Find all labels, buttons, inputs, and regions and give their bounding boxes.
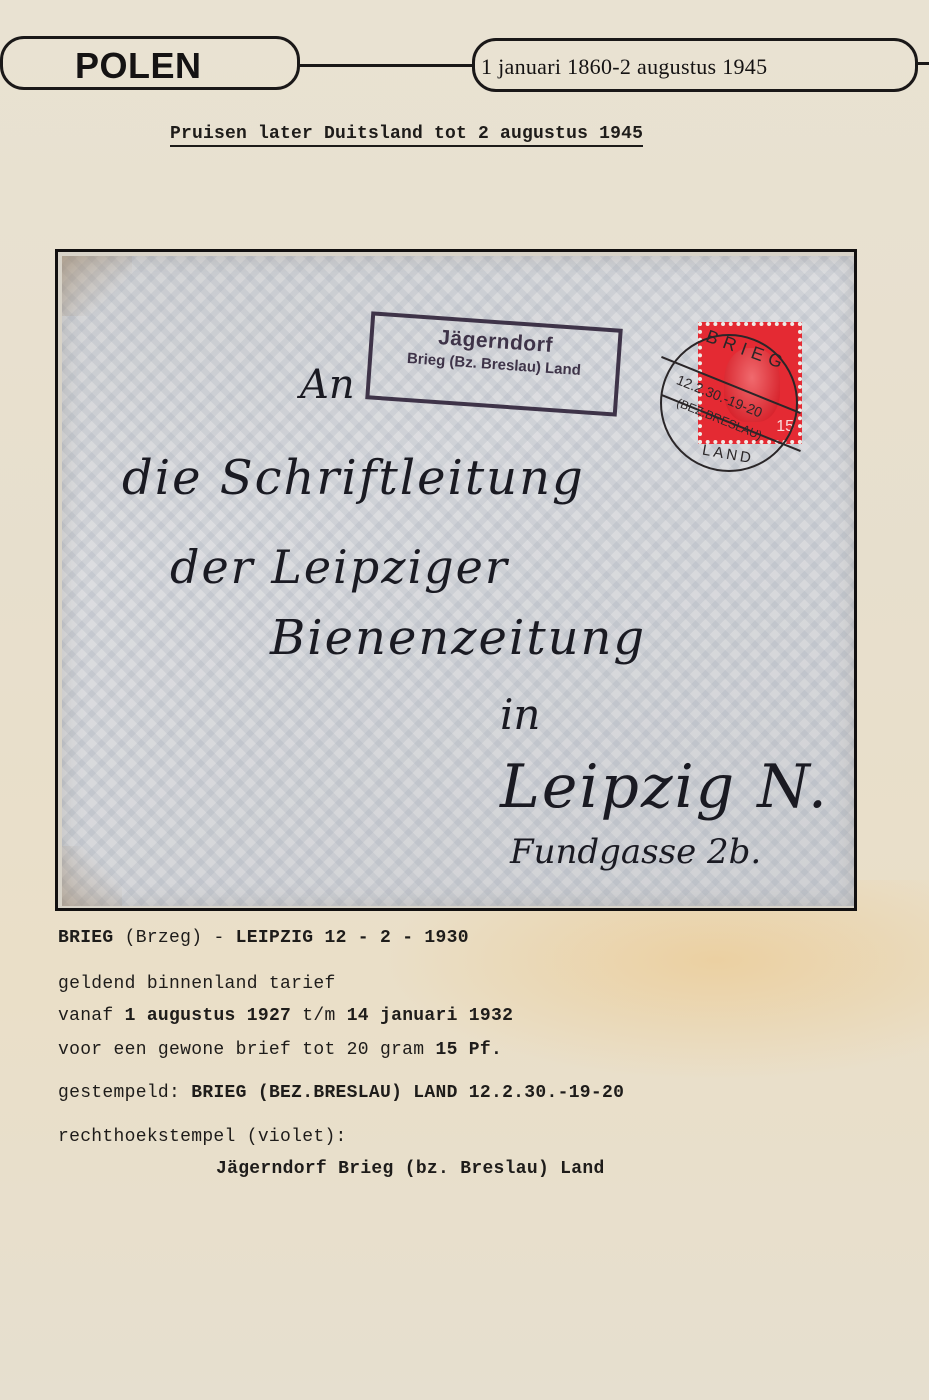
- address-line: die Schriftleitung: [122, 450, 585, 506]
- route-line: BRIEG (Brzeg) - LEIPZIG 12 - 2 - 1930: [58, 928, 469, 948]
- country-label-box: POLEN: [0, 36, 300, 90]
- period-mid: t/m: [302, 1006, 335, 1026]
- rate-value: 15 Pf.: [435, 1040, 502, 1060]
- header-connector-line: [298, 64, 474, 67]
- address-line: Bienenzeitung: [270, 610, 646, 666]
- circular-postmark: BRIEG 12.2.30.-19-20 (BEZ.BRESLAU) LAND: [660, 334, 798, 472]
- box-stamp-value: Jägerndorf Brieg (bz. Breslau) Land: [216, 1159, 605, 1179]
- rate-line: voor een gewone brief tot 20 gram 15 Pf.: [58, 1040, 502, 1060]
- period-label-box: 1 januari 1860-2 augustus 1945: [472, 38, 918, 92]
- route-to-date: LEIPZIG 12 - 2 - 1930: [236, 928, 469, 948]
- period-range: 1 januari 1860-2 augustus 1945: [481, 54, 767, 80]
- period-start: 1 augustus 1927: [125, 1006, 292, 1026]
- route-separator: -: [213, 928, 224, 948]
- box-cancel-stamp: Jägerndorf Brieg (Bz. Breslau) Land: [365, 311, 623, 416]
- page-subtitle: Pruisen later Duitsland tot 2 augustus 1…: [170, 124, 643, 147]
- postmark-bottom: LAND: [701, 442, 755, 468]
- tariff-label: geldend binnenland tarief: [58, 974, 336, 994]
- rate-text: voor een gewone brief tot 20 gram: [58, 1040, 424, 1060]
- cancel-line: gestempeld: BRIEG (BEZ.BRESLAU) LAND 12.…: [58, 1083, 624, 1103]
- tariff-period: vanaf 1 augustus 1927 t/m 14 januari 193…: [58, 1006, 513, 1026]
- address-line: Fundgasse 2b.: [510, 832, 761, 872]
- box-stamp-text: Jägerndorf Brieg (bz. Breslau) Land: [216, 1159, 605, 1179]
- mount-corner-bottom-left: [62, 846, 122, 906]
- address-line: der Leipziger: [170, 540, 509, 594]
- header-connector-line-right: [916, 62, 929, 65]
- box-stamp-label: rechthoekstempel (violet):: [58, 1127, 347, 1147]
- country-title: POLEN: [75, 45, 202, 87]
- address-line: in: [500, 690, 540, 739]
- address-line: Leipzig N.: [500, 752, 829, 822]
- route-from: BRIEG: [58, 928, 114, 948]
- mount-corner-top-left: [62, 256, 132, 316]
- route-from-alt: (Brzeg): [125, 928, 203, 948]
- cancel-label: gestempeld:: [58, 1083, 180, 1103]
- period-prefix: vanaf: [58, 1006, 114, 1026]
- address-line: An: [300, 362, 355, 408]
- period-end: 14 januari 1932: [347, 1006, 514, 1026]
- cancel-value: BRIEG (BEZ.BRESLAU) LAND 12.2.30.-19-20: [191, 1083, 624, 1103]
